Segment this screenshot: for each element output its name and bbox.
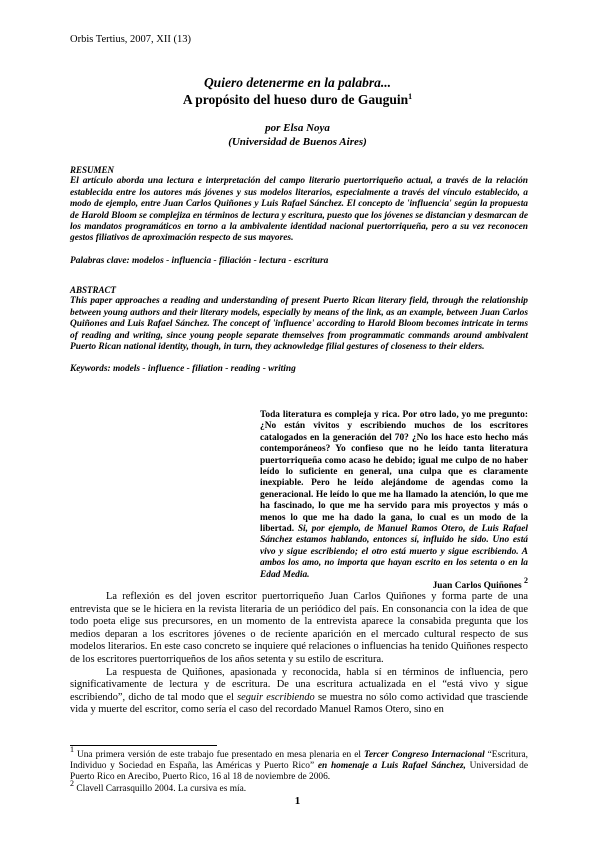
epigraph-footnote-mark[interactable]: 2 xyxy=(524,576,528,585)
epigraph-italic: Si, por ejemplo, de Manuel Ramos Otero, … xyxy=(260,524,528,580)
body-text: La reflexión es del joven escritor puert… xyxy=(70,591,528,717)
footnotes: 1 Una primera versión de este trabajo fu… xyxy=(70,750,528,795)
resumen-heading: RESUMEN xyxy=(70,165,528,176)
author-name: por Elsa Noya xyxy=(0,121,595,135)
paragraph-1: La reflexión es del joven escritor puert… xyxy=(70,591,528,667)
paragraph-2: La respuesta de Quiñones, apasionada y r… xyxy=(70,667,528,717)
title-line-1: Quiero detenerme en la palabra... xyxy=(0,74,595,91)
palabras-clave: Palabras clave: modelos - influencia - f… xyxy=(70,256,528,267)
resumen-section: RESUMEN El artículo aborda una lectura e… xyxy=(70,165,528,267)
abstract-text: This paper approaches a reading and unde… xyxy=(70,296,528,353)
abstract-heading: ABSTRACT xyxy=(70,285,528,296)
title-line-2: A propósito del hueso duro de Gauguin1 xyxy=(0,91,595,108)
keywords: Keywords: models - influence - filiation… xyxy=(70,364,528,375)
abstract-section: ABSTRACT This paper approaches a reading… xyxy=(70,285,528,376)
title-text: A propósito del hueso duro de Gauguin xyxy=(183,92,408,107)
title-footnote-mark[interactable]: 1 xyxy=(408,92,412,101)
author-affiliation: (Universidad de Buenos Aires) xyxy=(0,135,595,149)
running-head: Orbis Tertius, 2007, XII (13) xyxy=(70,34,191,45)
footnote-2: 2 Clavell Carrasquillo 2004. La cursiva … xyxy=(70,784,528,795)
resumen-text: El artículo aborda una lectura e interpr… xyxy=(70,176,528,244)
epigraph: Toda literatura es compleja y rica. Por … xyxy=(260,410,528,593)
epigraph-text: Toda literatura es compleja y rica. Por … xyxy=(260,410,528,581)
page-number: 1 xyxy=(0,795,595,807)
footnote-1: 1 Una primera versión de este trabajo fu… xyxy=(70,750,528,784)
footnote-rule xyxy=(70,745,217,746)
